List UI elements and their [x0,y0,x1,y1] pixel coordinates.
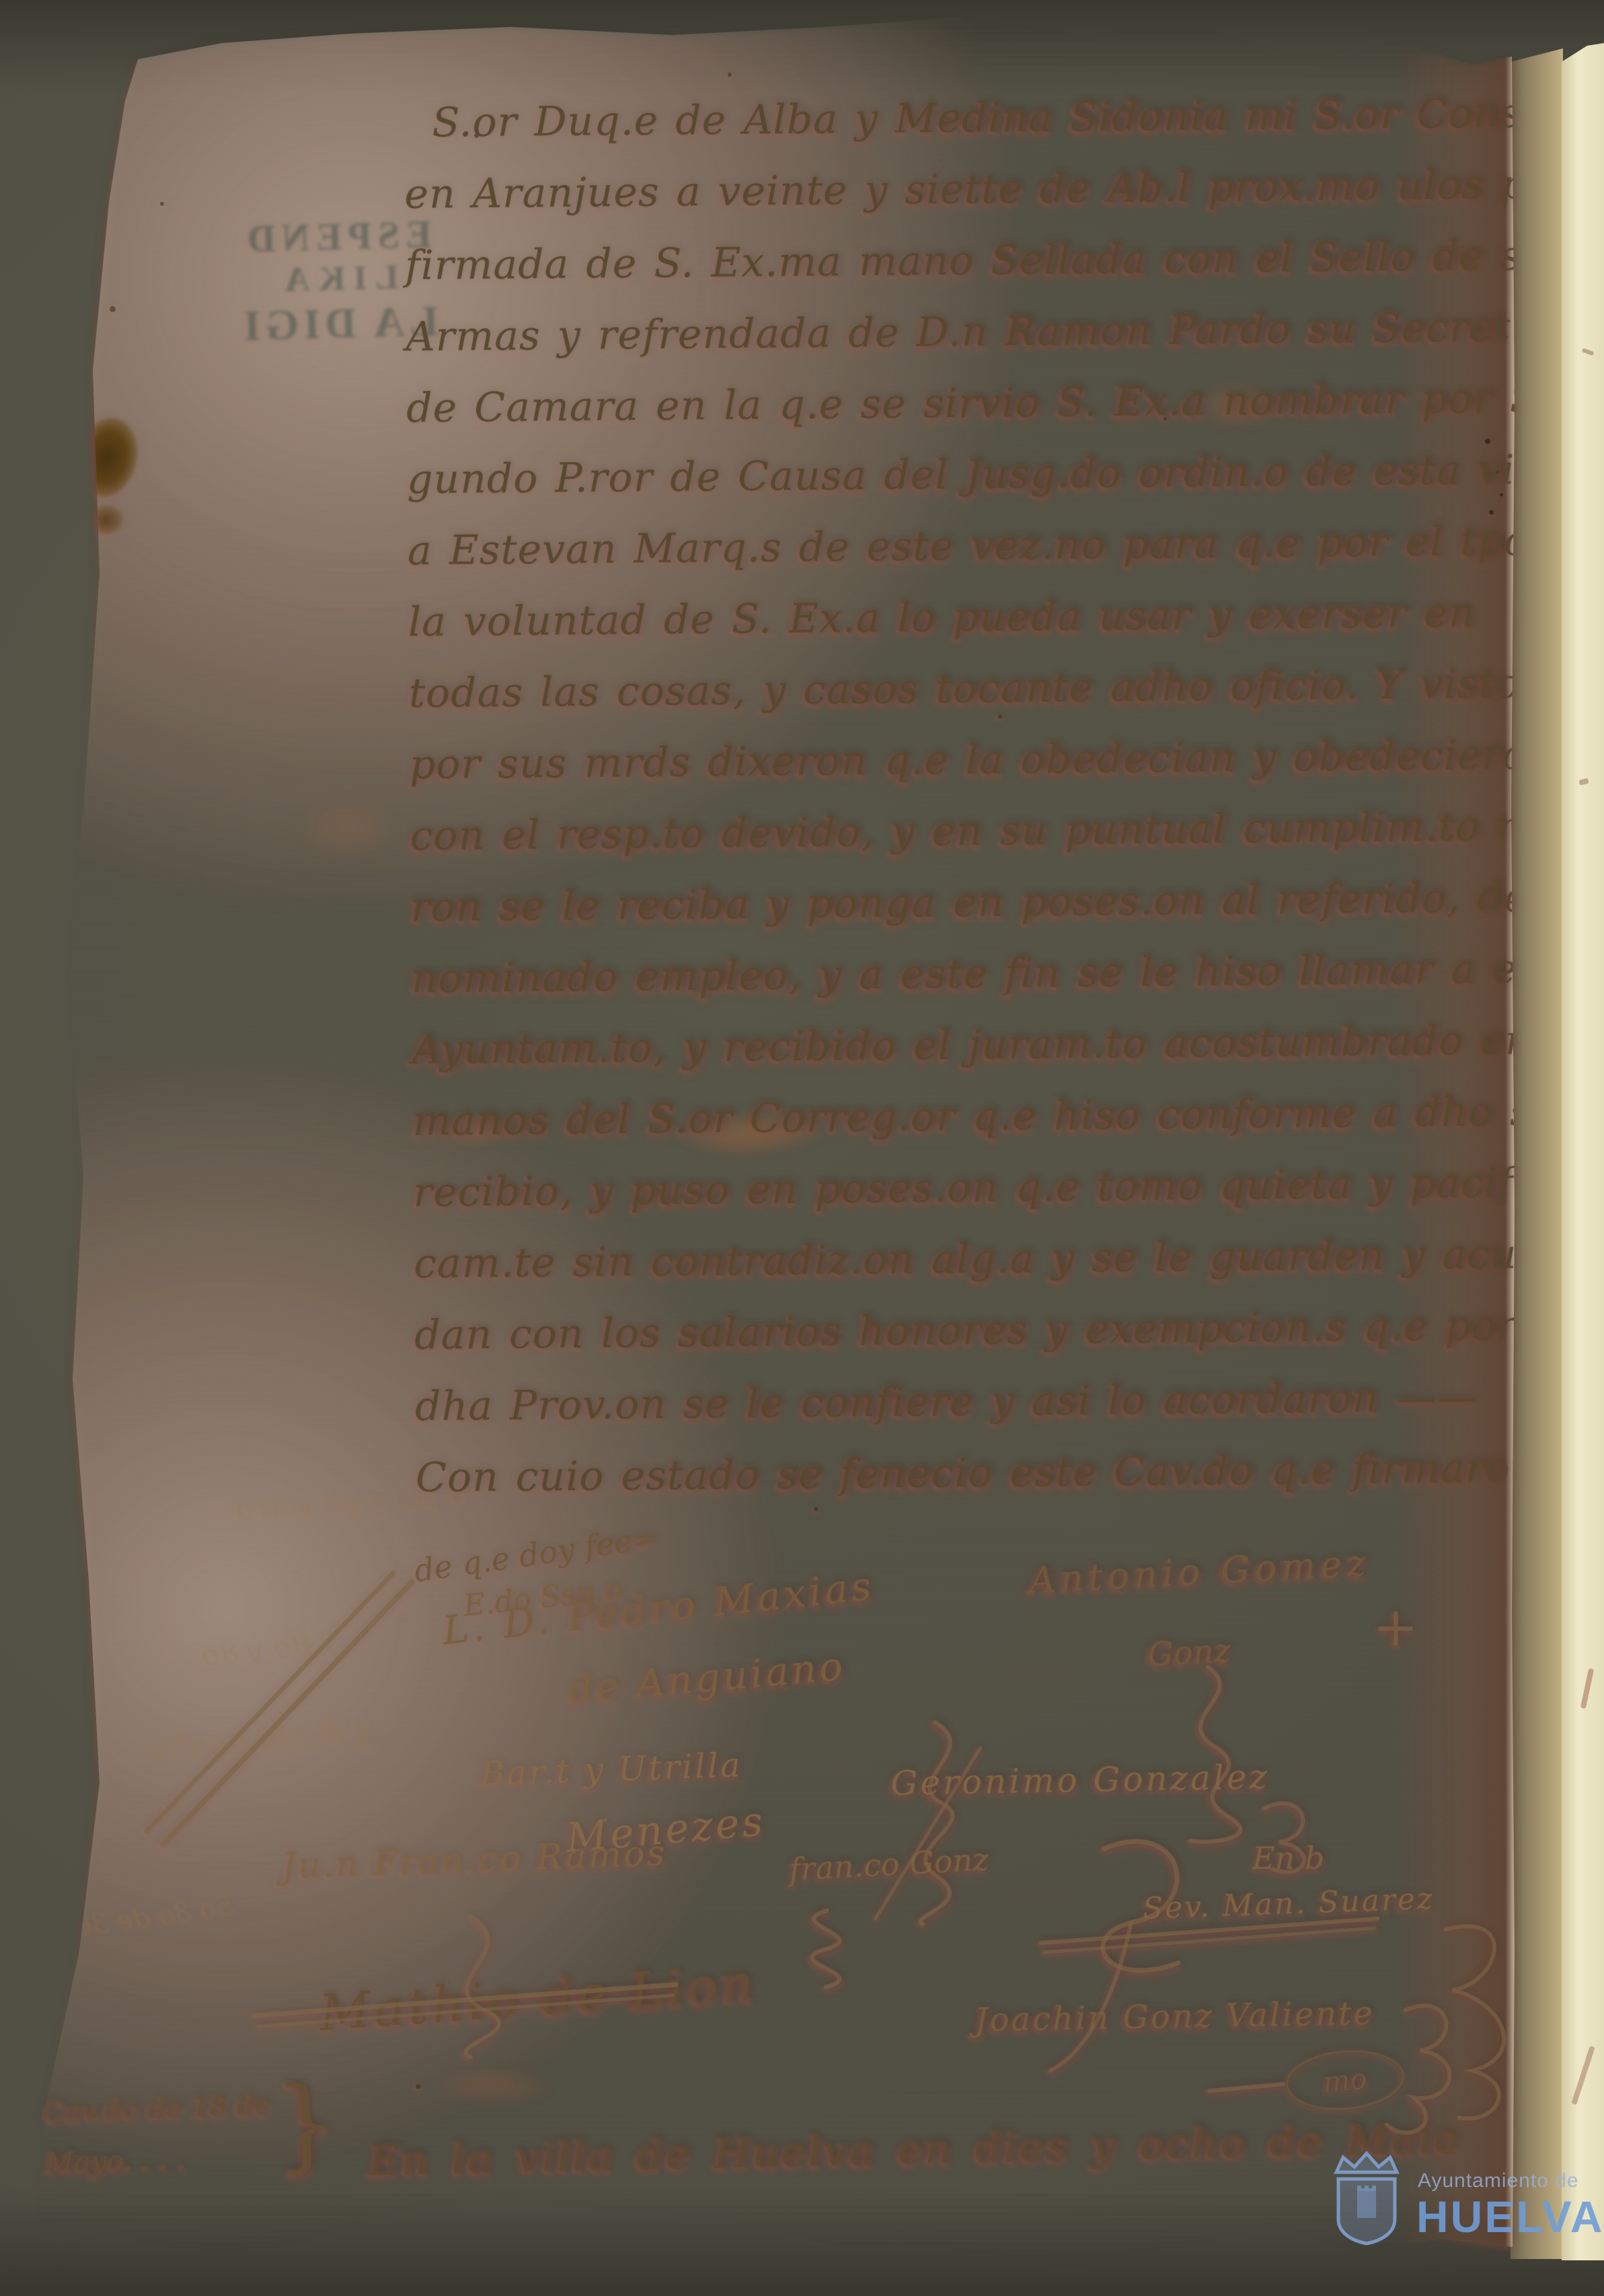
margin-note-line: Cav.do de 18 de [42,2079,272,2138]
manuscript-line: manos del S.or Correg.or q.e hiso confor… [412,1074,1604,1157]
paper-stain [410,2060,578,2108]
speck [110,306,116,312]
speck [416,2084,420,2089]
manuscript-line: en Aranjues a veinte y siette de Ab.l pr… [404,147,1604,230]
manuscript-line: todas las cosas, y casos tocante adho of… [408,646,1604,729]
manuscript-line: ron se le reciba y ponga en poses.on al … [410,860,1604,943]
foxing-spot [277,786,418,870]
speck [160,202,164,206]
margin-note-line: Mayo. . . . [44,2130,274,2189]
manuscript-line: la voluntad de S. Ex.a lo pueda usar y e… [408,575,1604,658]
manuscript-line: con el resp.to devido, y en su puntual c… [410,789,1604,872]
signature-geronimo-gonzalez: Geronimo Gonzalez [890,1757,1270,1803]
manuscript-line: S.or Duq.e de Alba y Medina Sidonia mi S… [432,76,1604,158]
scanned-manuscript-page: ESPEND LIKA LA DIGI o porg en votro 8o y… [0,0,1604,2296]
manuscript-line: Armas y refrendada de D.n Ramon Pardo su… [406,290,1604,373]
margin-note-brace: } [272,2065,340,2184]
manuscript-line: nominado empleo, y a este fin se le hiso… [411,932,1604,1014]
manuscript-line: firmada de S. Ex.ma mano Sellada con el … [405,219,1604,301]
manuscript-line: de Camara en la q.e se sirvio S. Ex.a no… [406,361,1604,444]
manuscript-line: a Estevan Marq.s de este vez.no para q.e… [408,504,1604,587]
manuscript-line: dan con los salarios honores y exempcion… [414,1288,1604,1371]
manuscript-line: recibio, y puso en poses.on q.e tomo qui… [413,1146,1604,1228]
huelva-crest-icon [1320,2147,1414,2248]
speck [728,73,732,77]
manuscript-line: por sus mrds dixeron q.e la obedecian y … [409,718,1604,801]
watermark-small-text: Ayuntamiento de [1418,2170,1579,2192]
signature-en-b: En b [1252,1840,1324,1876]
manuscript-line: dha Prov.on se le confiere y asi lo acor… [415,1360,1604,1442]
signature-cross-mark: + [1373,1596,1418,1658]
circled-notary-mark-text: mo [1322,2062,1368,2098]
paper-surface: ESPEND LIKA LA DIGI o porg en votro 8o y… [0,0,1604,2296]
manuscript-line: Con cuio estado se fenecio este Cav.do q… [416,1431,1604,1514]
watermark-large-text: HUELVA [1416,2191,1604,2242]
margin-date-note: Cav.do de 18 de Mayo. . . . } [42,2079,274,2189]
manuscript-body: S.or Duq.e de Alba y Medina Sidonia mi S… [404,76,1604,1514]
signature-gonz: Gonz [1147,1632,1231,1674]
manuscript-line: gundo P.ror de Causa del Jusg.do ordin.o… [407,433,1604,515]
manuscript-leaf: ESPEND LIKA LA DIGI o porg en votro 8o y… [0,0,1604,2296]
signature-joachin-gonz-valiente: Joachin Gonz Valiente [975,1995,1375,2039]
archive-watermark: Ayuntamiento de HUELVA [1317,2143,1604,2264]
manuscript-line: cam.te sin contradiz.on alg.a y se le gu… [414,1217,1604,1300]
manuscript-line: Ayuntam.to, y recibido el juram.to acost… [412,1003,1604,1086]
ink-stain [81,499,130,541]
